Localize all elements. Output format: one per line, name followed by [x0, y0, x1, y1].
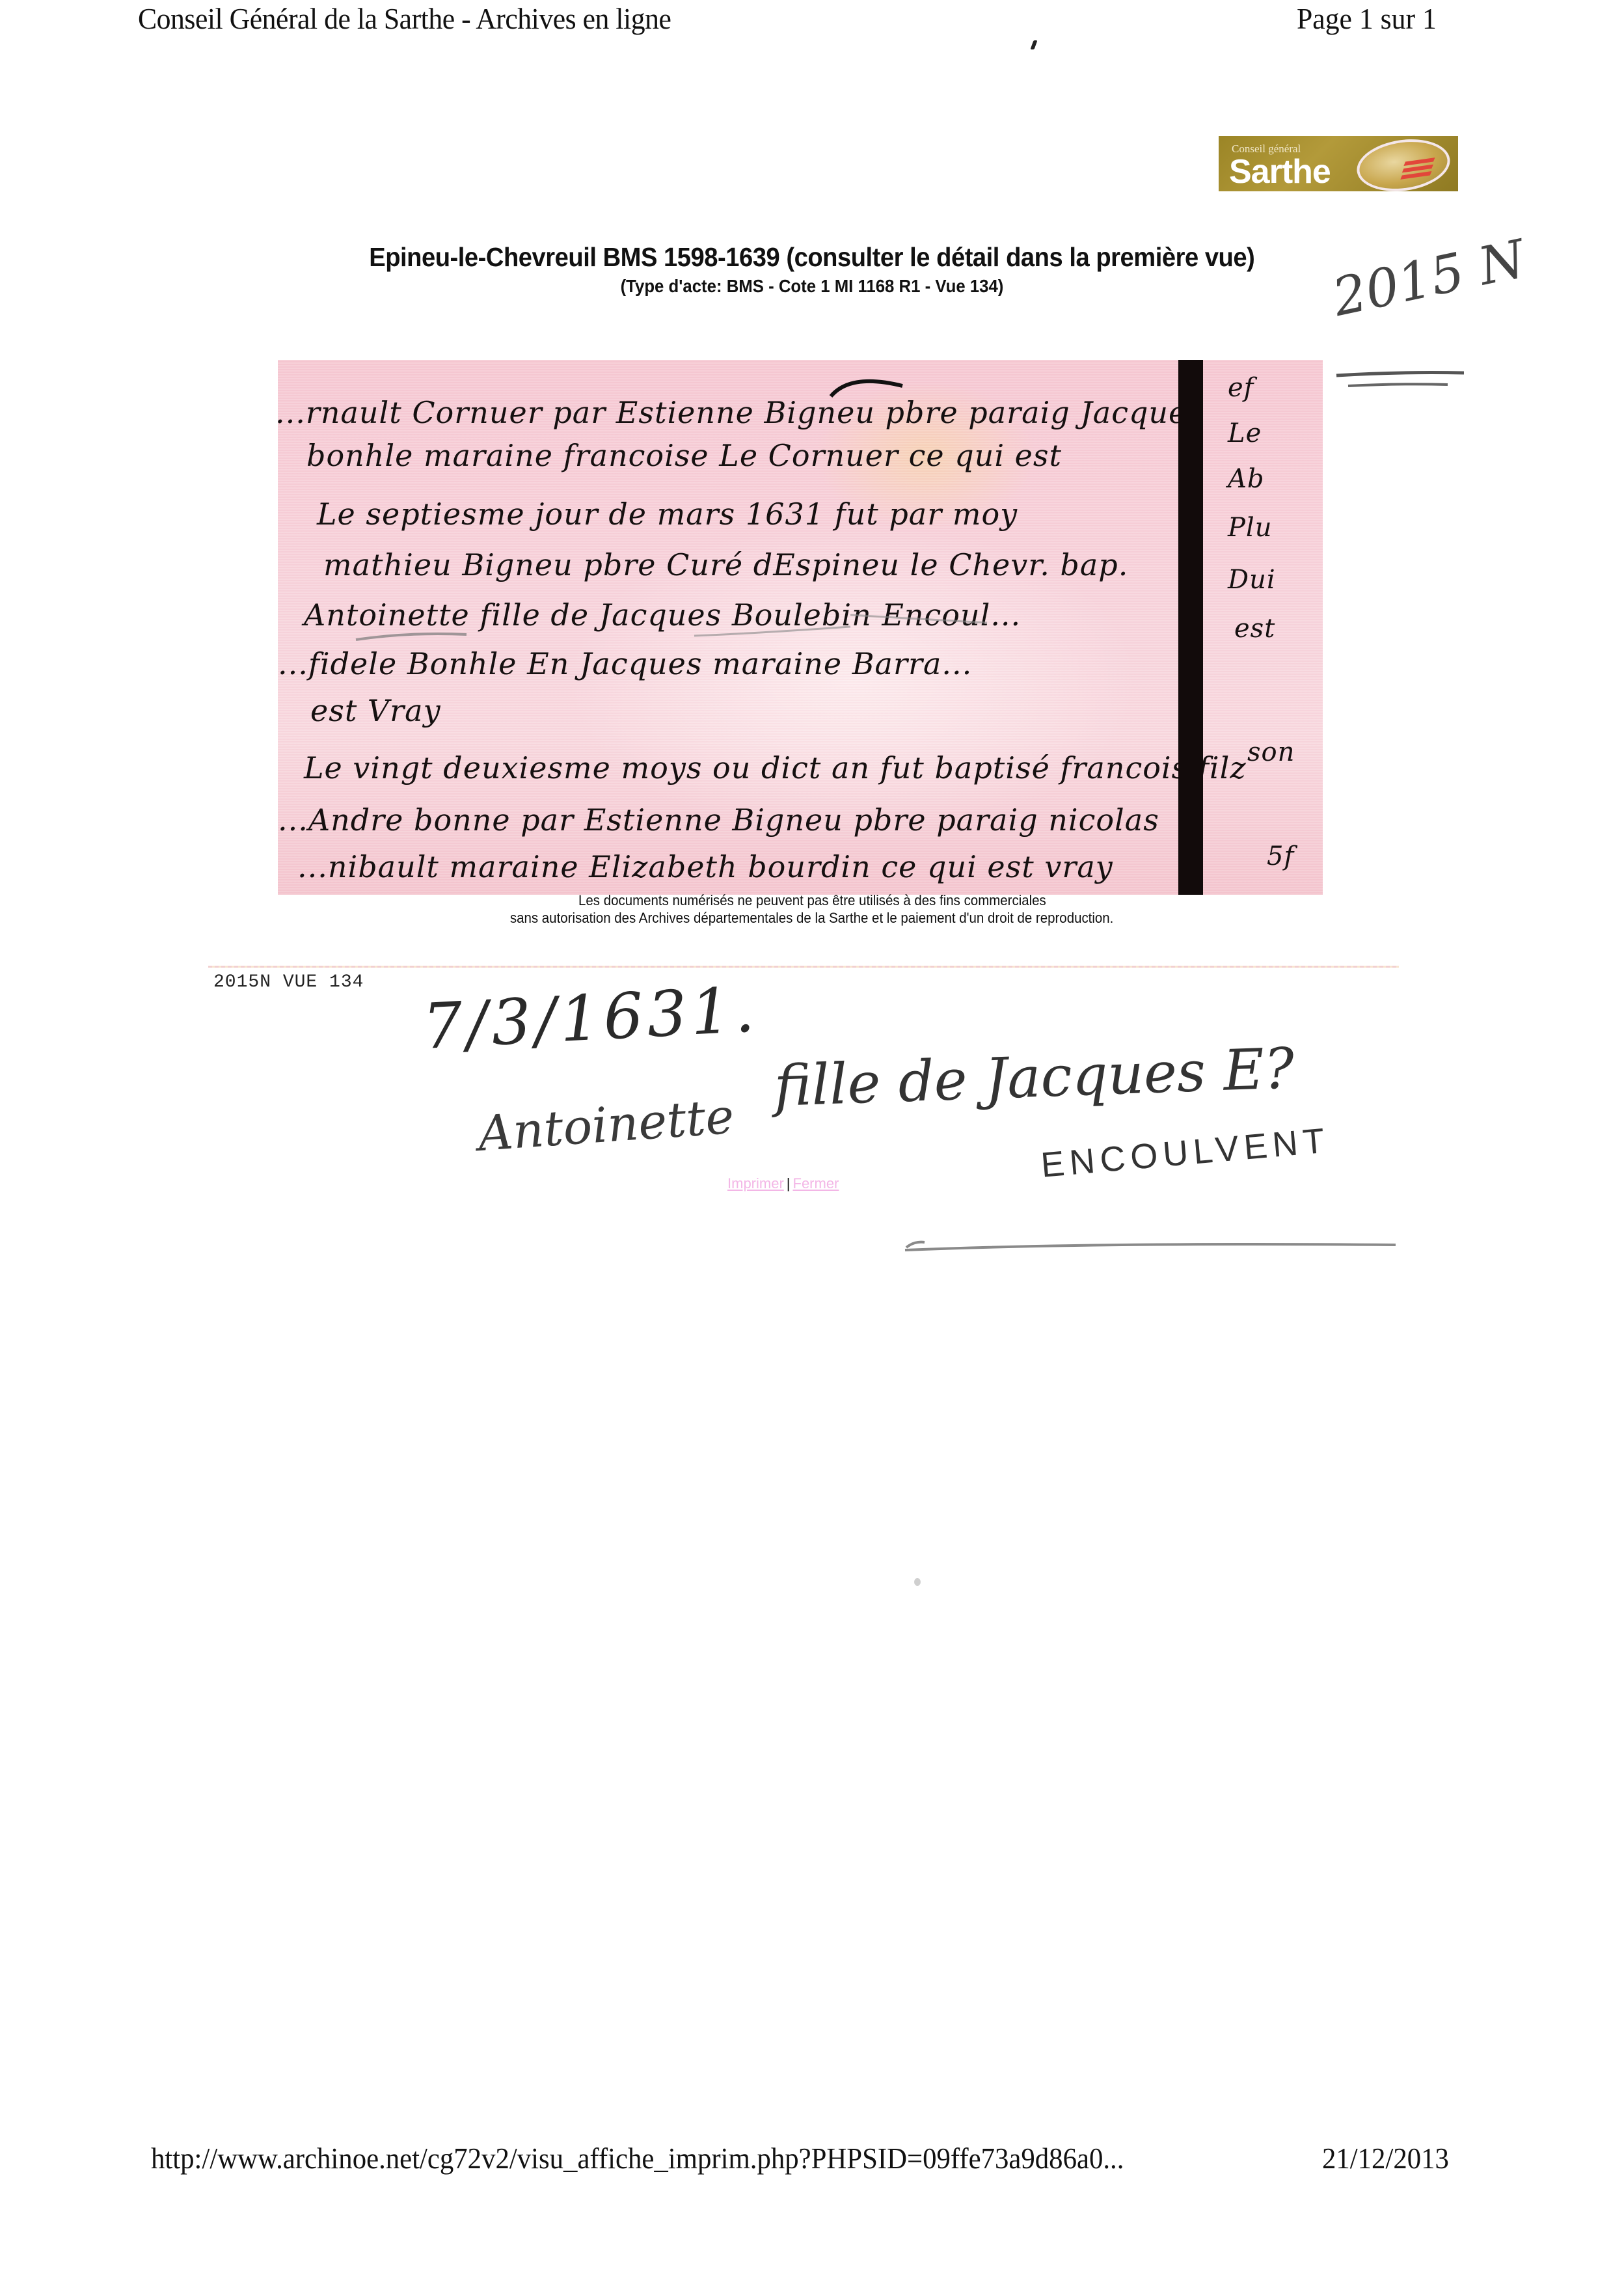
handwritten-relation: fille de Jacques E? [773, 1036, 1295, 1119]
scan-speck [914, 1578, 921, 1586]
print-header-page-indicator: Page 1 sur 1 [1297, 1, 1437, 36]
sarthe-logo: Conseil général Sarthe [1219, 136, 1458, 191]
logo-s-emblem-icon [1353, 136, 1453, 191]
scan-artifact-mark [1030, 40, 1037, 49]
page-actions: Imprimer|Fermer [727, 1175, 839, 1192]
print-footer-date: 21/12/2013 [1322, 2141, 1449, 2175]
reference-code: 2015N VUE 134 [213, 972, 364, 992]
handwritten-given-name: Antoinette [476, 1089, 736, 1162]
copyright-notice-line-2: sans autorisation des Archives départeme… [0, 910, 1624, 927]
manuscript-pencil-marks [278, 360, 1323, 895]
handwritten-double-underline [1334, 368, 1464, 394]
dotted-separator [208, 966, 1399, 968]
handwritten-date: 7/3/1631. [421, 973, 760, 1063]
print-link[interactable]: Imprimer [727, 1175, 784, 1192]
manuscript-scan-image: ...rnault Cornuer par Estienne Bigneu pb… [278, 360, 1323, 895]
handwritten-underline-stroke [901, 1233, 1396, 1259]
actions-separator: | [787, 1175, 791, 1192]
handwritten-surname: ENCOULVENT [1039, 1120, 1331, 1186]
copyright-notice-line-1: Les documents numérisés ne peuvent pas ê… [0, 892, 1624, 909]
logo-big-text: Sarthe [1229, 152, 1331, 191]
close-link[interactable]: Fermer [793, 1175, 839, 1192]
print-footer-url: http://www.archinoe.net/cg72v2/visu_affi… [151, 2141, 1124, 2175]
print-header-site-title: Conseil Général de la Sarthe - Archives … [138, 1, 671, 36]
